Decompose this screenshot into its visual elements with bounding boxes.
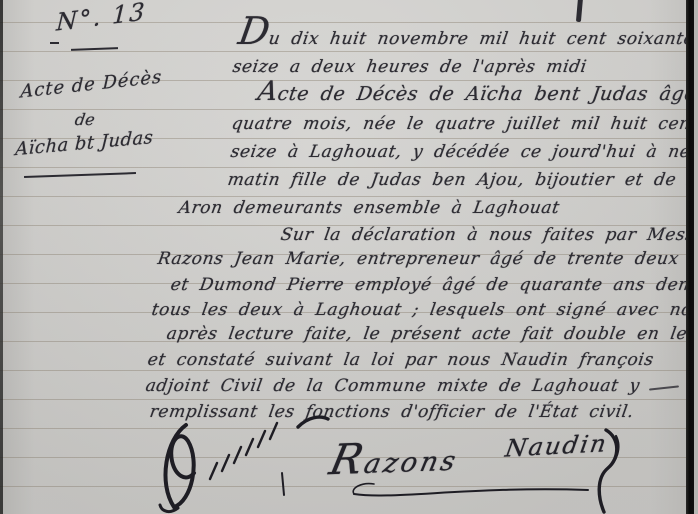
- act-title-connector: de: [74, 110, 96, 129]
- body-line: matin fille de Judas ben Ajou, bijoutier…: [226, 169, 698, 191]
- body-line: tous les deux à Laghouat ; lesquels ont …: [150, 299, 698, 321]
- body-line: Acte de Décès de Aïcha bent Judas âgée d…: [256, 83, 698, 105]
- body-line: et constaté suivant la loi par nous Naud…: [146, 349, 655, 371]
- body-line: adjoint Civil de la Commune mixte de Lag…: [144, 375, 642, 397]
- record-number-dash: [50, 42, 59, 44]
- signature-razons-swash: [352, 480, 592, 502]
- page-number-mark: [576, 0, 583, 22]
- body-line: seize à Laghouat, y décédée ce jourd'hui…: [229, 141, 698, 163]
- body-line: Du dix huit novembre mil huit cent soixa…: [236, 27, 696, 50]
- left-scan-edge: [0, 0, 3, 514]
- right-page-gap: [694, 0, 698, 514]
- body-line: après lecture faite, le présent acte fai…: [165, 323, 698, 345]
- body-line: Razons Jean Marie, entrepreneur âgé de t…: [156, 248, 698, 270]
- body-line: et Dumond Pierre employé âgé de quarante…: [169, 274, 698, 296]
- right-scan-edge: [686, 0, 694, 514]
- body-line: seize a deux heures de l'après midi: [231, 56, 589, 78]
- signature-naudin-flourish: [586, 428, 626, 514]
- body-line: Sur la déclaration à nous faites par Mes…: [279, 224, 698, 246]
- signature-razons: Razons: [326, 446, 461, 481]
- body-line: Aron demeurants ensemble à Laghouat: [177, 197, 561, 219]
- body-line: quatre mois, née le quatre juillet mil h…: [230, 113, 698, 135]
- document-page: N°. 13 Acte de Décès de Aïcha bt Judas D…: [0, 0, 698, 514]
- signature-dumond: [148, 413, 348, 514]
